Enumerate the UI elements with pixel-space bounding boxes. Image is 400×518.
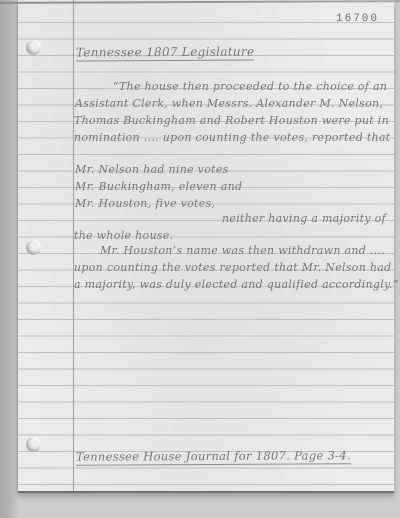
handwriting-line: Thomas Buckingham and Robert Houston wer… [74, 114, 389, 127]
handwriting-line: nomination .... upon counting the votes,… [74, 131, 391, 144]
handwriting-line: Mr. Houston, five votes, [75, 197, 215, 210]
handwriting-line: upon counting the votes reported that Mr… [74, 261, 392, 274]
handwriting-line: Mr. Nelson had nine votes [75, 163, 229, 176]
citation-line: Tennessee House Journal for 1807. Page 3… [76, 449, 351, 465]
stamp-number: 16700 [336, 13, 379, 25]
handwriting-line: “The house then proceeded to the choice … [113, 80, 387, 93]
handwriting-line: a majority, was duly elected and qualifi… [74, 278, 399, 291]
handwriting-line: the whole house. [74, 229, 173, 242]
handwriting-line: Mr. Houston’s name was then withdrawn an… [100, 244, 385, 257]
note-title: Tennessee 1807 Legislature [76, 45, 254, 62]
handwriting-line: Assistant Clerk, when Messrs. Alexander … [75, 97, 383, 110]
notebook-paper: 16700 Tennessee 1807 Legislature “The ho… [18, 0, 394, 491]
scanned-page-background: 16700 Tennessee 1807 Legislature “The ho… [0, 0, 400, 518]
punch-hole-bottom [26, 437, 41, 452]
handwriting-line: neither having a majority of [222, 212, 386, 225]
punch-hole-middle [26, 240, 41, 255]
handwriting-line: Mr. Buckingham, eleven and [75, 180, 242, 193]
punch-hole-top [26, 40, 41, 55]
